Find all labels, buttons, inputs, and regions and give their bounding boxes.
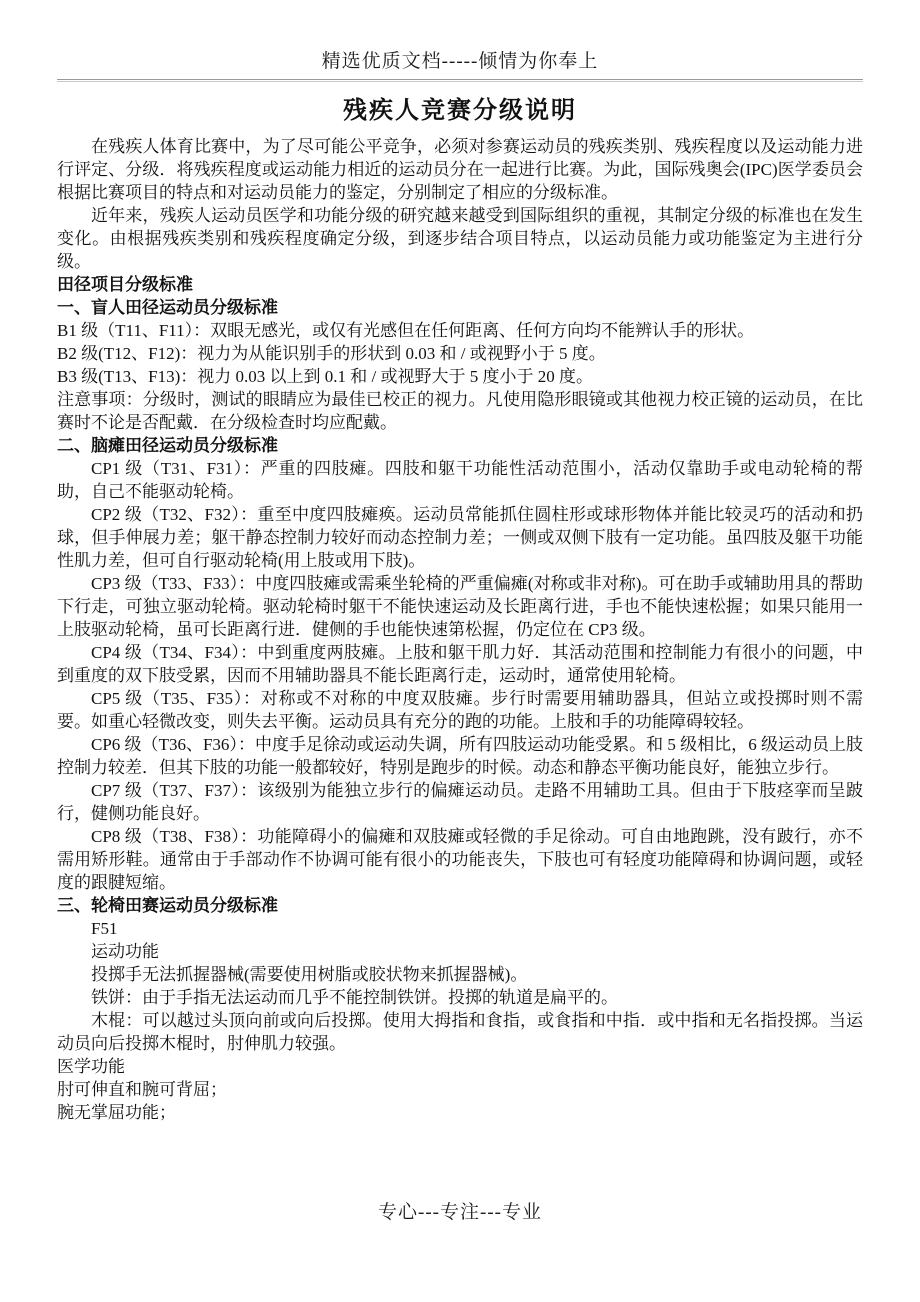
paragraph: 肘可伸直和腕可背屈； [57,1078,863,1101]
page-header: 精选优质文档-----倾情为你奉上 [57,46,863,79]
paragraph: CP3 级（T33、F33）：中度四肢瘫或需乘坐轮椅的严重偏瘫(对称或非对称)。… [57,572,863,641]
section-heading: 一、盲人田径运动员分级标准 [57,296,863,319]
paragraph: CP2 级（T32、F32）：重至中度四肢瘫痪。运动员常能抓住圆柱形或球形物体并… [57,503,863,572]
paragraph: 注意事项：分级时，测试的眼睛应为最佳已校正的视力。凡使用隐形眼镜或其他视力校正镜… [57,388,863,434]
paragraph: CP5 级（T35、F35）：对称或不对称的中度双肢瘫。步行时需要用辅助器具，但… [57,687,863,733]
section-heading: 二、脑瘫田径运动员分级标准 [57,434,863,457]
paragraph: B2 级(T12、F12)：视力为从能识别手的形状到 0.03 和 / 或视野小… [57,342,863,365]
paragraph: 医学功能 [57,1055,863,1078]
paragraph: 在残疾人体育比赛中，为了尽可能公平竞争，必须对参赛运动员的残疾类别、残疾程度以及… [57,135,863,204]
paragraph: CP1 级（T31、F31）：严重的四肢瘫。四肢和躯干功能性活动范围小，活动仅靠… [57,457,863,503]
paragraph: 投掷手无法抓握器械(需要使用树脂或胶状物来抓握器械)。 [57,963,863,986]
paragraph: CP8 级（T38、F38）：功能障碍小的偏瘫和双肢瘫或轻微的手足徐动。可自由地… [57,825,863,894]
paragraph: CP6 级（T36、F36）：中度手足徐动或运动失调，所有四肢运动功能受累。和 … [57,733,863,779]
document-page: 精选优质文档-----倾情为你奉上 残疾人竞赛分级说明 在残疾人体育比赛中，为了… [0,0,920,1302]
document-body: 在残疾人体育比赛中，为了尽可能公平竞争，必须对参赛运动员的残疾类别、残疾程度以及… [57,135,863,1124]
paragraph: 腕无掌屈功能； [57,1101,863,1124]
paragraph: 铁饼：由于手指无法运动而几乎不能控制铁饼。投掷的轨道是扁平的。 [57,986,863,1009]
header-text: 精选优质文档-----倾情为你奉上 [322,51,599,72]
page-title: 残疾人竞赛分级说明 [57,90,863,125]
paragraph: B3 级(T13、F13)：视力 0.03 以上到 0.1 和 / 或视野大于 … [57,365,863,388]
paragraph: CP7 级（T37、F37）：该级别为能独立步行的偏瘫运动员。走路不用辅助工具。… [57,779,863,825]
paragraph: 近年来，残疾人运动员医学和功能分级的研究越来越受到国际组织的重视，其制定分级的标… [57,204,863,273]
paragraph: CP4 级（T34、F34）：中到重度两肢瘫。上肢和躯干肌力好．其活动范围和控制… [57,641,863,687]
paragraph: F51 [57,917,863,940]
footer-text: 专心---专注---专业 [378,1202,542,1223]
paragraph: B1 级（T11、F11）：双眼无感光，或仅有光感但在任何距离、任何方向均不能辨… [57,319,863,342]
paragraph: 木棍：可以越过头顶向前或向后投掷。使用大拇指和食指，或食指和中指．或中指和无名指… [57,1009,863,1055]
section-heading: 田径项目分级标准 [57,273,863,296]
page-footer: 专心---专注---专业 [0,1197,920,1224]
section-heading: 三、轮椅田赛运动员分级标准 [57,894,863,917]
header-divider [57,79,863,82]
paragraph: 运动功能 [57,940,863,963]
